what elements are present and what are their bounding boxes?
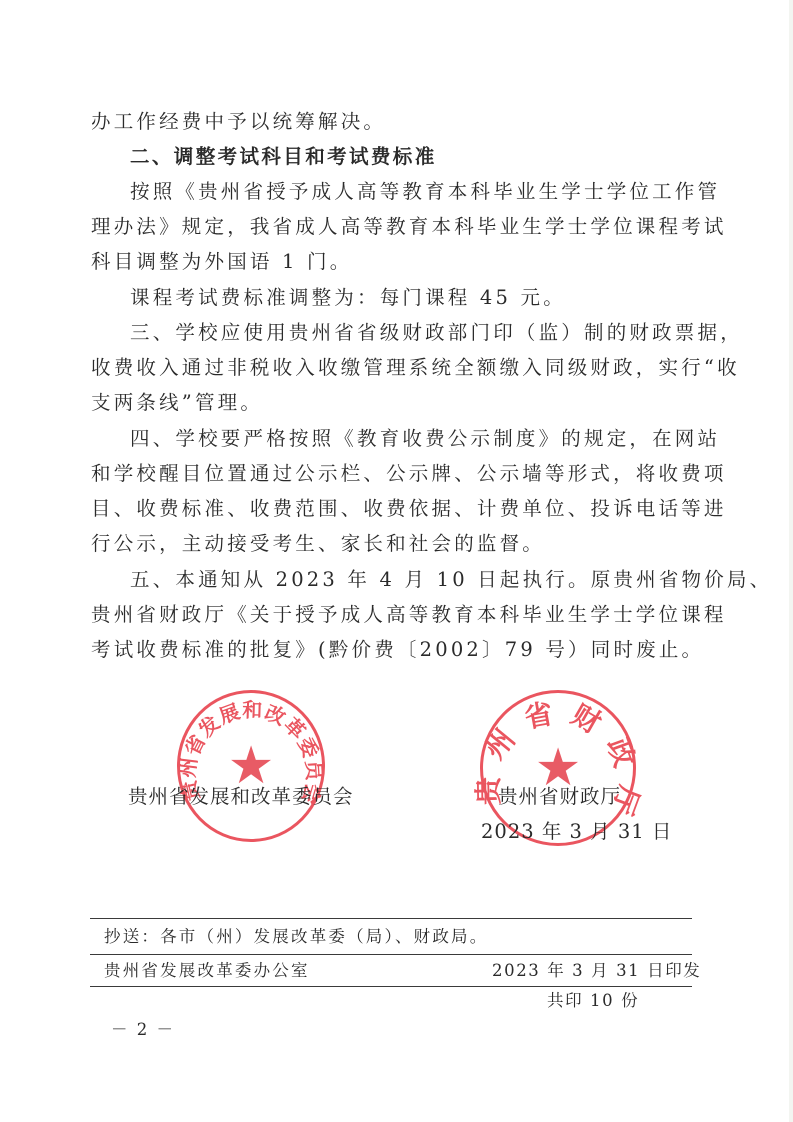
body-line: 行公示，主动接受考生、家长和社会的监督。 bbox=[91, 531, 545, 557]
body-line: 和学校醒目位置通过公示栏、公示牌、公示墙等形式，将收费项 bbox=[91, 461, 727, 487]
body-line: 收费收入通过非税收入收缴管理系统全额缴入同级财政，实行“收 bbox=[91, 355, 740, 381]
page-scan-edge bbox=[789, 0, 793, 1122]
signature-org-ndrc: 贵州省发展和改革委员会 bbox=[128, 784, 354, 810]
issue-date: 2023 年 3 月 31 日印发 bbox=[492, 960, 701, 982]
issuing-office: 贵州省发展改革委办公室 bbox=[104, 960, 310, 982]
copies-count: 共印 10 份 bbox=[547, 990, 639, 1012]
page-number: － 2 － bbox=[111, 1019, 175, 1041]
signature-date: 2023 年 3 月 31 日 bbox=[481, 819, 672, 845]
footer-divider-top bbox=[90, 918, 692, 919]
body-line: 四、学校要严格按照《教育收费公示制度》的规定，在网站 bbox=[130, 426, 720, 452]
body-line: 考试收费标准的批复》(黔价费〔2002〕79 号）同时废止。 bbox=[91, 637, 704, 663]
body-line: 三、学校应使用贵州省省级财政部门印（监）制的财政票据， bbox=[130, 320, 743, 346]
body-line: 办工作经费中予以统筹解决。 bbox=[91, 109, 386, 135]
body-line: 科目调整为外国语 1 门。 bbox=[91, 249, 352, 275]
body-line: 理办法》规定，我省成人高等教育本科毕业生学士学位课程考试 bbox=[91, 214, 727, 240]
section-heading-2: 二、调整考试科目和考试费标准 bbox=[130, 144, 437, 170]
signature-org-finance: 贵州省财政厅 bbox=[498, 784, 621, 810]
official-seal-ndrc: 贵州省发展和改革委员会 ★ bbox=[177, 690, 325, 842]
body-line: 支两条线”管理。 bbox=[91, 390, 263, 416]
footer-divider-middle bbox=[90, 954, 692, 955]
body-line: 目、收费标准、收费范围、收费依据、计费单位、投诉电话等进 bbox=[91, 496, 727, 522]
body-line: 五、本通知从 2023 年 4 月 10 日起执行。原贵州省物价局、 bbox=[130, 567, 772, 593]
body-line: 按照《贵州省授予成人高等教育本科毕业生学士学位工作管 bbox=[130, 179, 720, 205]
body-line: 贵州省财政厅《关于授予成人高等教育本科毕业生学士学位课程 bbox=[91, 602, 727, 628]
body-line: 课程考试费标准调整为：每门课程 45 元。 bbox=[130, 285, 566, 311]
footer-divider-bottom bbox=[90, 986, 692, 987]
cc-recipients: 抄送：各市（州）发展改革委（局）、财政局。 bbox=[104, 926, 488, 948]
